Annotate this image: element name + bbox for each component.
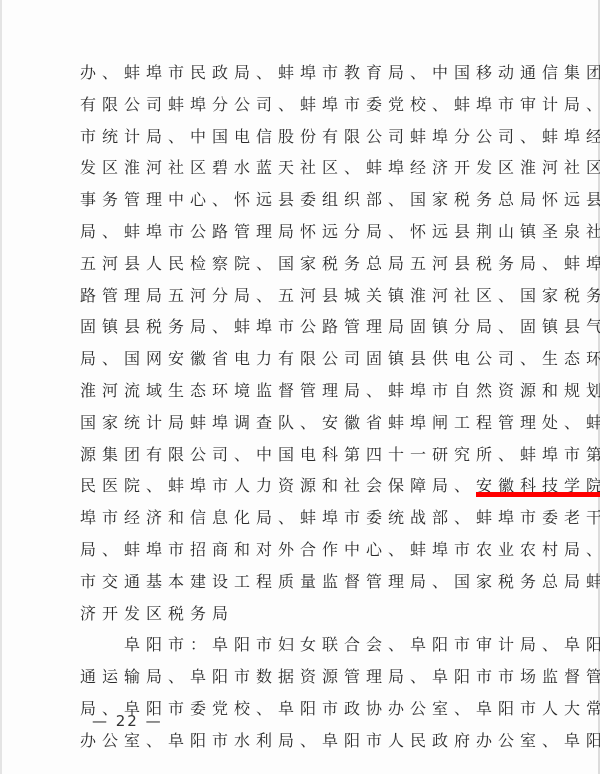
text-line: 市交通基本建设工程质量监督管理局、国家税务总局蚌埠经 [80, 567, 530, 599]
text-line: 市统计局、中国电信股份有限公司蚌埠分公司、蚌埠经济开 [80, 122, 530, 154]
text-line: 办、蚌埠市民政局、蚌埠市教育局、中国移动通信集团安徽 [80, 58, 530, 90]
highlighted-institution: 安徽科技学院 [476, 476, 600, 495]
text-line: 有限公司蚌埠分公司、蚌埠市委党校、蚌埠市审计局、蚌埠 [80, 90, 530, 122]
text-line: 国家统计局蚌埠调查队、安徽省蚌埠闸工程管理处、蚌埠能 [80, 408, 530, 440]
text-line: 通运输局、阜阳市数据资源管理局、阜阳市市场监督管理 [80, 662, 530, 694]
text-line: 局、蚌埠市公路管理局怀远分局、怀远县荆山镇圣泉社区、 [80, 217, 530, 249]
text-line: 路管理局五河分局、五河县城关镇淮河社区、国家税务总局 [80, 281, 530, 313]
text-line: 事务管理中心、怀远县委组织部、国家税务总局怀远县税务 [80, 185, 530, 217]
text-line: 源集团有限公司、中国电科第四十一研究所、蚌埠市第三人 [80, 440, 530, 472]
text-line: 五河县人民检察院、国家税务总局五河县税务局、蚌埠市公 [80, 249, 530, 281]
fuyang-paragraph-start: 阜阳市：阜阳市妇女联合会、阜阳市审计局、阜阳市交 [80, 630, 530, 662]
text-before-highlight: 民医院、蚌埠市人力资源和社会保障局、 [80, 476, 476, 495]
text-line: 局、国网安徽省电力有限公司固镇县供电公司、生态环境部 [80, 344, 530, 376]
text-line: 局、蚌埠市招商和对外合作中心、蚌埠市农业农村局、蚌埠 [80, 535, 530, 567]
text-line: 济开发区税务局 [80, 599, 530, 631]
text-line: 发区淮河社区碧水蓝天社区、蚌埠经济开发区淮河社区行政 [80, 153, 530, 185]
page-edge-left [0, 0, 2, 774]
text-line: 固镇县税务局、蚌埠市公路管理局固镇分局、固镇县气象 [80, 312, 530, 344]
page-number: — 22 — [92, 712, 163, 730]
document-body: 办、蚌埠市民政局、蚌埠市教育局、中国移动通信集团安徽 有限公司蚌埠分公司、蚌埠市… [80, 58, 530, 758]
text-line: 办公室、阜阳市水利局、阜阳市人民政府办公室、阜阳市公 [80, 726, 530, 758]
text-line: 埠市经济和信息化局、蚌埠市委统战部、蚌埠市委老干部 [80, 503, 530, 535]
highlight-text-line: 民医院、蚌埠市人力资源和社会保障局、安徽科技学院、蚌 [80, 471, 530, 503]
text-line: 淮河流域生态环境监督管理局、蚌埠市自然资源和规划局、 [80, 376, 530, 408]
